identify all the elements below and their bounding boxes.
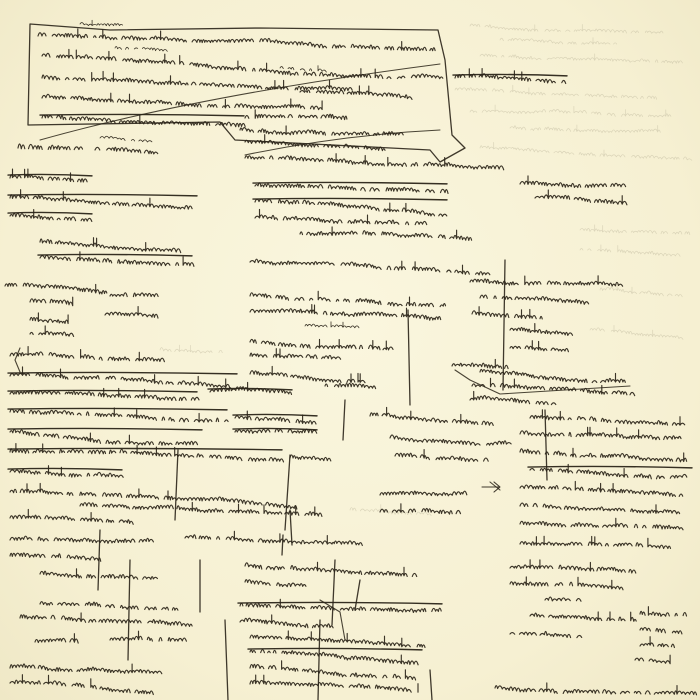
bleed-through-text bbox=[470, 24, 666, 33]
handwriting-line bbox=[255, 209, 427, 224]
handwriting-line bbox=[380, 504, 460, 514]
handwriting-line bbox=[95, 147, 161, 154]
handwriting-line bbox=[10, 408, 228, 422]
handwriting-line bbox=[40, 238, 181, 253]
handwriting-line bbox=[250, 631, 425, 647]
handwriting-line bbox=[250, 339, 393, 349]
handwriting-line bbox=[18, 144, 82, 150]
vertical-mark-line bbox=[318, 620, 320, 700]
handwriting-line bbox=[115, 47, 167, 52]
bleed-through-text bbox=[350, 505, 431, 516]
handwriting-line bbox=[10, 466, 123, 478]
handwriting-line bbox=[390, 435, 511, 445]
handwriting-line bbox=[20, 613, 192, 626]
handwriting-line bbox=[10, 510, 133, 525]
strikethrough-line bbox=[8, 194, 197, 195]
handwriting-line bbox=[255, 199, 451, 216]
bleed-through-text bbox=[455, 85, 657, 99]
strikethrough-line bbox=[8, 174, 92, 175]
vertical-mark-line bbox=[282, 535, 283, 555]
strikethrough-line bbox=[8, 468, 122, 469]
handwriting-line bbox=[235, 411, 316, 424]
handwriting-line bbox=[42, 93, 322, 109]
vertical-mark-line bbox=[225, 620, 228, 700]
strikethrough-line bbox=[8, 428, 202, 429]
handwriting-line bbox=[250, 661, 416, 680]
handwriting-line bbox=[105, 307, 165, 318]
strikethrough-line bbox=[253, 198, 447, 199]
handwriting-line bbox=[530, 410, 685, 426]
bleed-through-text bbox=[580, 245, 685, 257]
strikethrough-line bbox=[253, 182, 447, 183]
strikethrough-line bbox=[38, 254, 192, 255]
bleed-through-text bbox=[480, 142, 692, 160]
strikethrough-line bbox=[40, 114, 244, 115]
handwriting-line bbox=[250, 349, 345, 359]
handwriting-line bbox=[480, 369, 625, 382]
handwriting-line bbox=[255, 183, 448, 194]
handwriting-line bbox=[520, 518, 683, 529]
handwriting-line bbox=[10, 664, 168, 674]
handwriting-line bbox=[520, 481, 683, 496]
handwriting-line bbox=[10, 553, 101, 561]
handwriting-line bbox=[40, 569, 162, 579]
handwriting-line bbox=[35, 634, 78, 643]
handwriting-line bbox=[510, 324, 577, 336]
handwriting-line bbox=[520, 176, 631, 188]
vertical-mark-line bbox=[128, 560, 130, 660]
handwriting-line bbox=[110, 293, 158, 297]
connector-line bbox=[455, 370, 630, 394]
handwriting-line bbox=[10, 367, 236, 388]
handwriting-line bbox=[395, 450, 488, 462]
vertical-mark-line bbox=[408, 310, 410, 405]
handwriting-line bbox=[280, 66, 331, 72]
handwriting-line bbox=[472, 307, 542, 319]
handwriting-line bbox=[10, 484, 297, 510]
bleed-through-text bbox=[500, 38, 621, 45]
handwriting-line bbox=[530, 612, 636, 621]
handwriting-line bbox=[380, 491, 471, 496]
strikethrough-line bbox=[8, 390, 197, 391]
bleed-through-text bbox=[470, 105, 671, 117]
handwriting-line bbox=[300, 227, 472, 241]
vertical-mark-line bbox=[355, 580, 360, 610]
handwriting-line bbox=[495, 683, 697, 695]
handwriting-line bbox=[470, 276, 623, 286]
handwriting-line bbox=[370, 407, 498, 425]
bleed-through-text bbox=[580, 225, 690, 235]
handwriting-line bbox=[110, 631, 186, 641]
handwriting-line bbox=[510, 341, 568, 352]
handwriting-line bbox=[10, 675, 153, 695]
handwriting-line bbox=[42, 50, 443, 79]
handwriting-line bbox=[240, 126, 403, 135]
handwriting-line bbox=[42, 71, 352, 90]
handwriting-line bbox=[635, 655, 670, 664]
bleed-through-text bbox=[160, 345, 222, 353]
handwriting-line bbox=[520, 427, 681, 439]
vertical-mark-line bbox=[175, 450, 178, 520]
handwriting-line bbox=[640, 607, 686, 617]
strikethrough-line bbox=[238, 602, 442, 603]
strikethrough-line bbox=[248, 648, 422, 649]
bleed-through-text bbox=[480, 54, 682, 64]
handwriting-layer bbox=[0, 0, 700, 700]
strikethrough-line bbox=[233, 428, 317, 429]
handwriting-line bbox=[535, 190, 627, 205]
handwriting-line bbox=[640, 637, 680, 648]
strikethrough-line bbox=[528, 466, 692, 467]
handwriting-line bbox=[10, 444, 290, 462]
handwriting-line bbox=[240, 615, 333, 628]
vertical-mark-line bbox=[430, 670, 432, 700]
manuscript-page: illegible handwriting bbox=[0, 0, 700, 700]
handwriting-line bbox=[250, 291, 446, 306]
handwriting-line bbox=[80, 20, 123, 26]
handwriting-line bbox=[10, 347, 164, 362]
handwriting-line bbox=[10, 429, 204, 445]
handwriting-line bbox=[290, 455, 331, 461]
handwriting-line bbox=[245, 562, 422, 576]
connector-line bbox=[15, 348, 20, 372]
handwriting-line bbox=[30, 297, 73, 306]
handwriting-line bbox=[250, 650, 424, 665]
handwriting-line bbox=[42, 115, 245, 127]
handwriting-line bbox=[510, 577, 623, 590]
handwriting-line bbox=[10, 210, 92, 222]
handwriting-line bbox=[240, 599, 441, 612]
handwriting-line bbox=[480, 295, 589, 304]
handwriting-line bbox=[545, 597, 586, 601]
handwriting-line bbox=[245, 154, 504, 170]
vertical-mark-line bbox=[285, 455, 290, 530]
handwriting-line bbox=[325, 383, 376, 388]
handwriting-line bbox=[250, 367, 365, 383]
handwriting-line bbox=[250, 305, 441, 321]
enclosing-box-line bbox=[28, 24, 465, 162]
strikethrough-line bbox=[233, 414, 317, 415]
vertical-mark-line bbox=[503, 260, 505, 390]
handwriting-line bbox=[245, 110, 347, 120]
handwriting-line bbox=[455, 69, 566, 84]
strikethrough-line bbox=[8, 212, 92, 213]
handwriting-line bbox=[510, 631, 582, 637]
handwriting-line bbox=[10, 190, 197, 209]
vertical-mark-line bbox=[343, 400, 345, 440]
handwriting-line bbox=[305, 322, 359, 328]
handwriting-line bbox=[40, 602, 182, 611]
handwriting-line bbox=[452, 359, 508, 368]
strikethrough-line bbox=[8, 408, 227, 409]
handwriting-line bbox=[520, 536, 671, 548]
handwriting-line bbox=[510, 560, 642, 573]
handwriting-line bbox=[520, 503, 684, 514]
handwriting-line bbox=[185, 531, 362, 545]
handwriting-line bbox=[30, 326, 74, 337]
handwriting-line bbox=[250, 259, 490, 275]
handwriting-line bbox=[640, 628, 682, 634]
strikethrough-line bbox=[8, 448, 282, 449]
handwriting-line bbox=[100, 136, 152, 142]
handwriting-line bbox=[38, 29, 438, 51]
handwriting-line bbox=[30, 313, 68, 324]
handwriting-line bbox=[5, 283, 107, 294]
bleed-through-text bbox=[590, 325, 683, 339]
bleed-through-text bbox=[510, 125, 665, 133]
handwriting-line bbox=[10, 536, 153, 543]
handwriting-line bbox=[245, 580, 306, 587]
